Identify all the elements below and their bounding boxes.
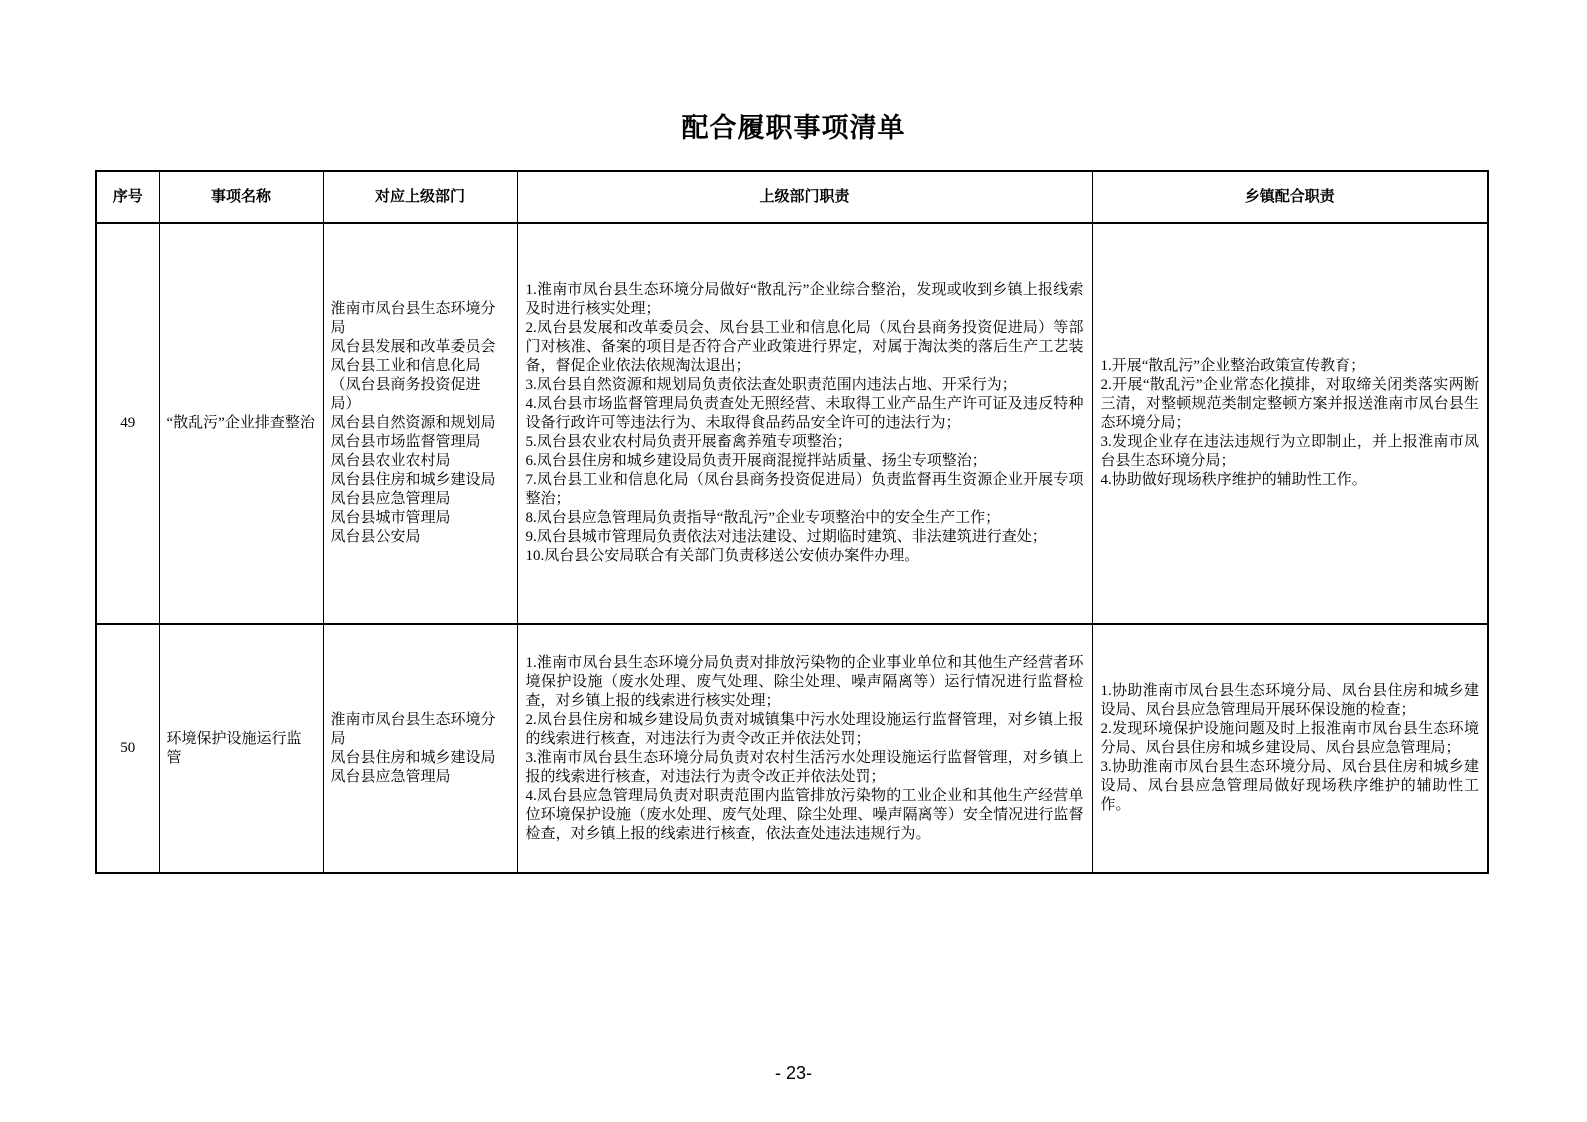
duty-table: 序号 事项名称 对应上级部门 上级部门职责 乡镇配合职责 49 “散乱污”企业排… [95, 170, 1489, 874]
cell-no: 49 [96, 223, 159, 624]
col-header-superior-duties: 上级部门职责 [517, 171, 1092, 223]
page-title: 配合履职事项清单 [0, 0, 1587, 146]
cell-superior-duties: 1.淮南市凤台县生态环境分局负责对排放污染物的企业事业单位和其他生产经营者环境保… [517, 624, 1092, 873]
cell-township-duties: 1.协助淮南市凤台县生态环境分局、凤台县住房和城乡建设局、凤台县应急管理局开展环… [1092, 624, 1488, 873]
cell-township-duties: 1.开展“散乱污”企业整治政策宣传教育； 2.开展“散乱污”企业常态化摸排，对取… [1092, 223, 1488, 624]
page-number: - 23- [0, 1063, 1587, 1084]
document-page: 配合履职事项清单 序号 事项名称 对应上级部门 上级部门职责 乡镇配合职责 49… [0, 0, 1587, 1122]
table-row-49: 49 “散乱污”企业排查整治 淮南市凤台县生态环境分局 凤台县发展和改革委员会 … [96, 223, 1488, 624]
col-header-item-name: 事项名称 [159, 171, 323, 223]
cell-superior-duties: 1.淮南市凤台县生态环境分局做好“散乱污”企业综合整治，发现或收到乡镇上报线索及… [517, 223, 1092, 624]
cell-no: 50 [96, 624, 159, 873]
col-header-departments: 对应上级部门 [323, 171, 517, 223]
col-header-township-duties: 乡镇配合职责 [1092, 171, 1488, 223]
table-row-50: 50 环境保护设施运行监管 淮南市凤台县生态环境分局 凤台县住房和城乡建设局 凤… [96, 624, 1488, 873]
table-header-row: 序号 事项名称 对应上级部门 上级部门职责 乡镇配合职责 [96, 171, 1488, 223]
cell-item-name: “散乱污”企业排查整治 [159, 223, 323, 624]
cell-departments: 淮南市凤台县生态环境分局 凤台县住房和城乡建设局 凤台县应急管理局 [323, 624, 517, 873]
col-header-no: 序号 [96, 171, 159, 223]
cell-item-name: 环境保护设施运行监管 [159, 624, 323, 873]
cell-departments: 淮南市凤台县生态环境分局 凤台县发展和改革委员会 凤台县工业和信息化局（凤台县商… [323, 223, 517, 624]
